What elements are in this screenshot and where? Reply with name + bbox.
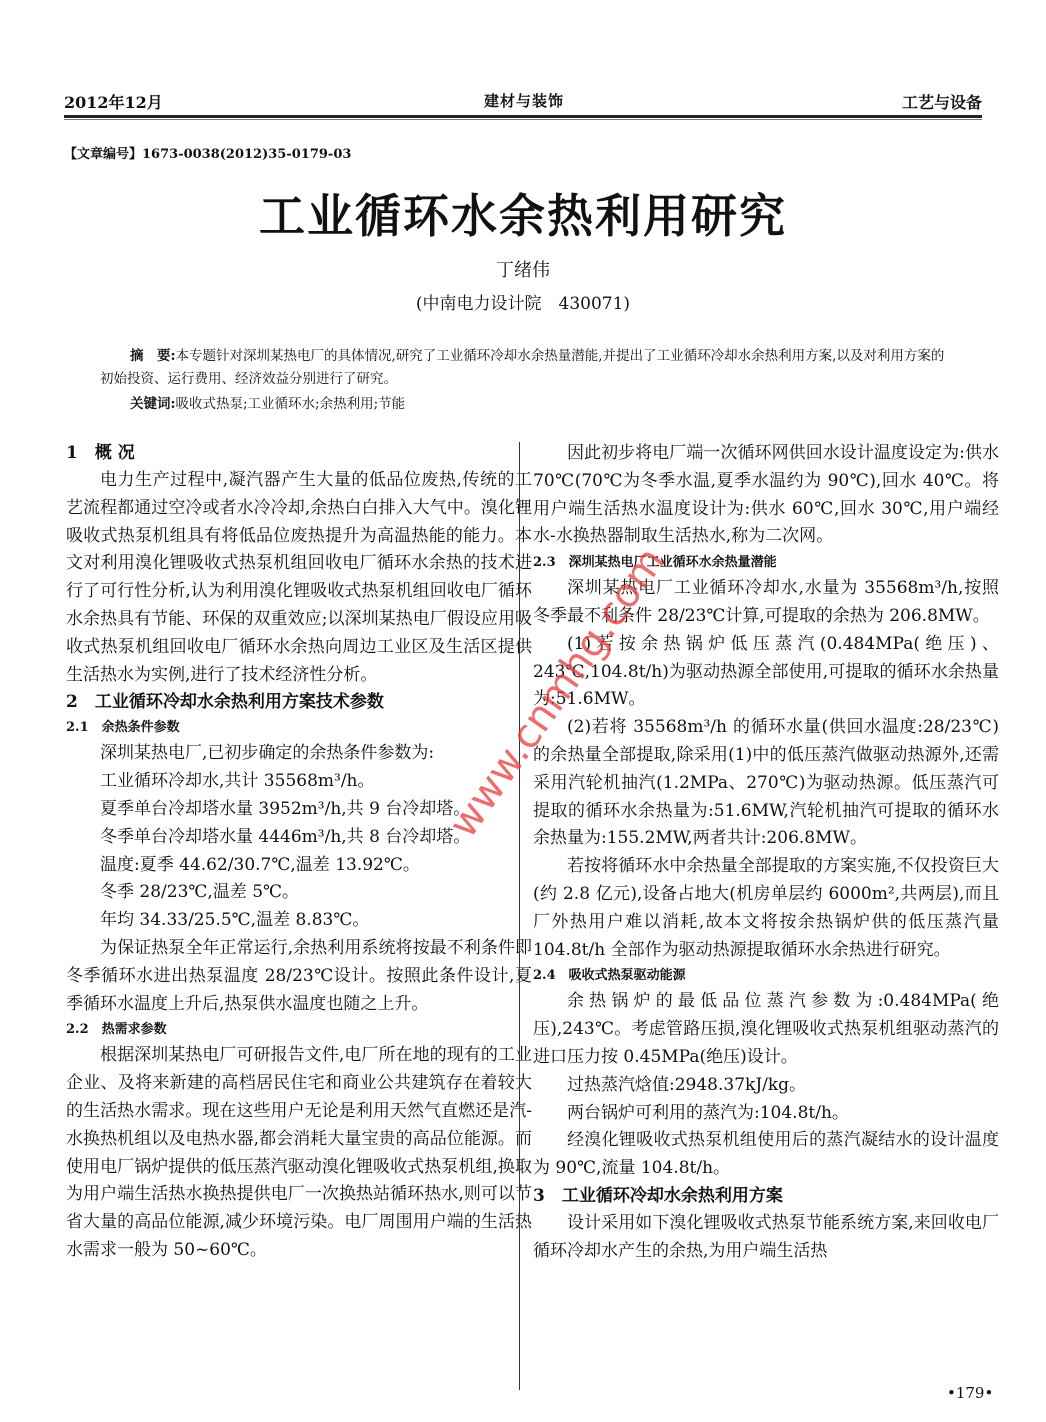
issue-date: 2012年12月 <box>64 90 163 113</box>
paper-page: 2012年12月 建材与装饰 工艺与设备 【文章编号】1673-0038(201… <box>0 0 1046 1422</box>
running-header: 2012年12月 建材与装饰 工艺与设备 <box>64 88 982 114</box>
section-3-heading: 3 工业循环冷却水余热利用方案 <box>533 1183 999 1210</box>
section-1-heading: 1 概 况 <box>66 440 532 467</box>
section-2-4-paragraph: 余热锅炉的最低品位蒸汽参数为:0.484MPa(绝压),243℃。考虑管路压损,… <box>533 988 999 1071</box>
paper-title: 工业循环水余热利用研究 <box>0 180 1046 246</box>
affiliation: (中南电力设计院 430071) <box>0 289 1046 314</box>
param-line: 冬季 28/23℃,温差 5℃。 <box>66 879 532 907</box>
intro-paragraph: 因此初步将电厂端一次循环网供回水设计温度设定为:供水 70℃(70℃为冬季水温,… <box>533 440 999 551</box>
header-rule <box>64 115 982 118</box>
abstract: 摘 要:本专题针对深圳某热电厂的具体情况,研究了工业循环冷却水余热量潜能,并提出… <box>100 345 945 391</box>
section-3-paragraph: 设计采用如下溴化锂吸收式热泵节能系统方案,来回收电厂循环冷却水产生的余热,为用户… <box>533 1210 999 1266</box>
article-number-value: 1673-0038(2012)35-0179-03 <box>142 147 351 162</box>
section-name: 工艺与设备 <box>902 90 982 113</box>
left-column: 1 概 况 电力生产过程中,凝汽器产生大量的低品位废热,传统的工艺流程都通过空冷… <box>66 440 532 1265</box>
header-rule-thin <box>64 119 982 120</box>
section-2-4-paragraph: 过热蒸汽焓值:2948.37kJ/kg。 <box>533 1072 999 1100</box>
param-line: 温度:夏季 44.62/30.7℃,温差 13.92℃。 <box>66 852 532 880</box>
param-line: 年均 34.33/25.5℃,温差 8.83℃。 <box>66 907 532 935</box>
section-2-2-heading: 2.2 热需求参数 <box>66 1018 532 1042</box>
keywords-text: 吸收式热泵;工业循环水;余热利用;节能 <box>175 396 405 412</box>
keywords: 关键词:吸收式热泵;工业循环水;余热利用;节能 <box>130 392 405 412</box>
author: 丁绪伟 <box>0 256 1046 282</box>
journal-name: 建材与装饰 <box>484 90 564 111</box>
article-number-label: 【文章编号】 <box>64 147 142 162</box>
section-2-4-paragraph: 经溴化锂吸收式热泵机组使用后的蒸汽凝结水的设计温度为 90℃,流量 104.8t… <box>533 1127 999 1183</box>
page-number: •179• <box>947 1384 993 1402</box>
section-2-1-paragraph: 为保证热泵全年正常运行,余热利用系统将按最不利条件即冬季循环水进出热泵温度 28… <box>66 935 532 1018</box>
section-2-2-paragraph: 根据深圳某热电厂可研报告文件,电厂所在地的现有的工业企业、及将来新建的高档居民住… <box>66 1042 532 1264</box>
section-2-4-heading: 2.4 吸收式热泵驱动能源 <box>533 964 999 988</box>
article-number: 【文章编号】1673-0038(2012)35-0179-03 <box>64 143 351 162</box>
keywords-label: 关键词: <box>130 396 175 412</box>
abstract-text: 本专题针对深圳某热电厂的具体情况,研究了工业循环冷却水余热量潜能,并提出了工业循… <box>100 348 944 387</box>
abstract-label: 摘 要: <box>130 348 175 364</box>
section-2-4-paragraph: 两台锅炉可利用的蒸汽为:104.8t/h。 <box>533 1100 999 1128</box>
